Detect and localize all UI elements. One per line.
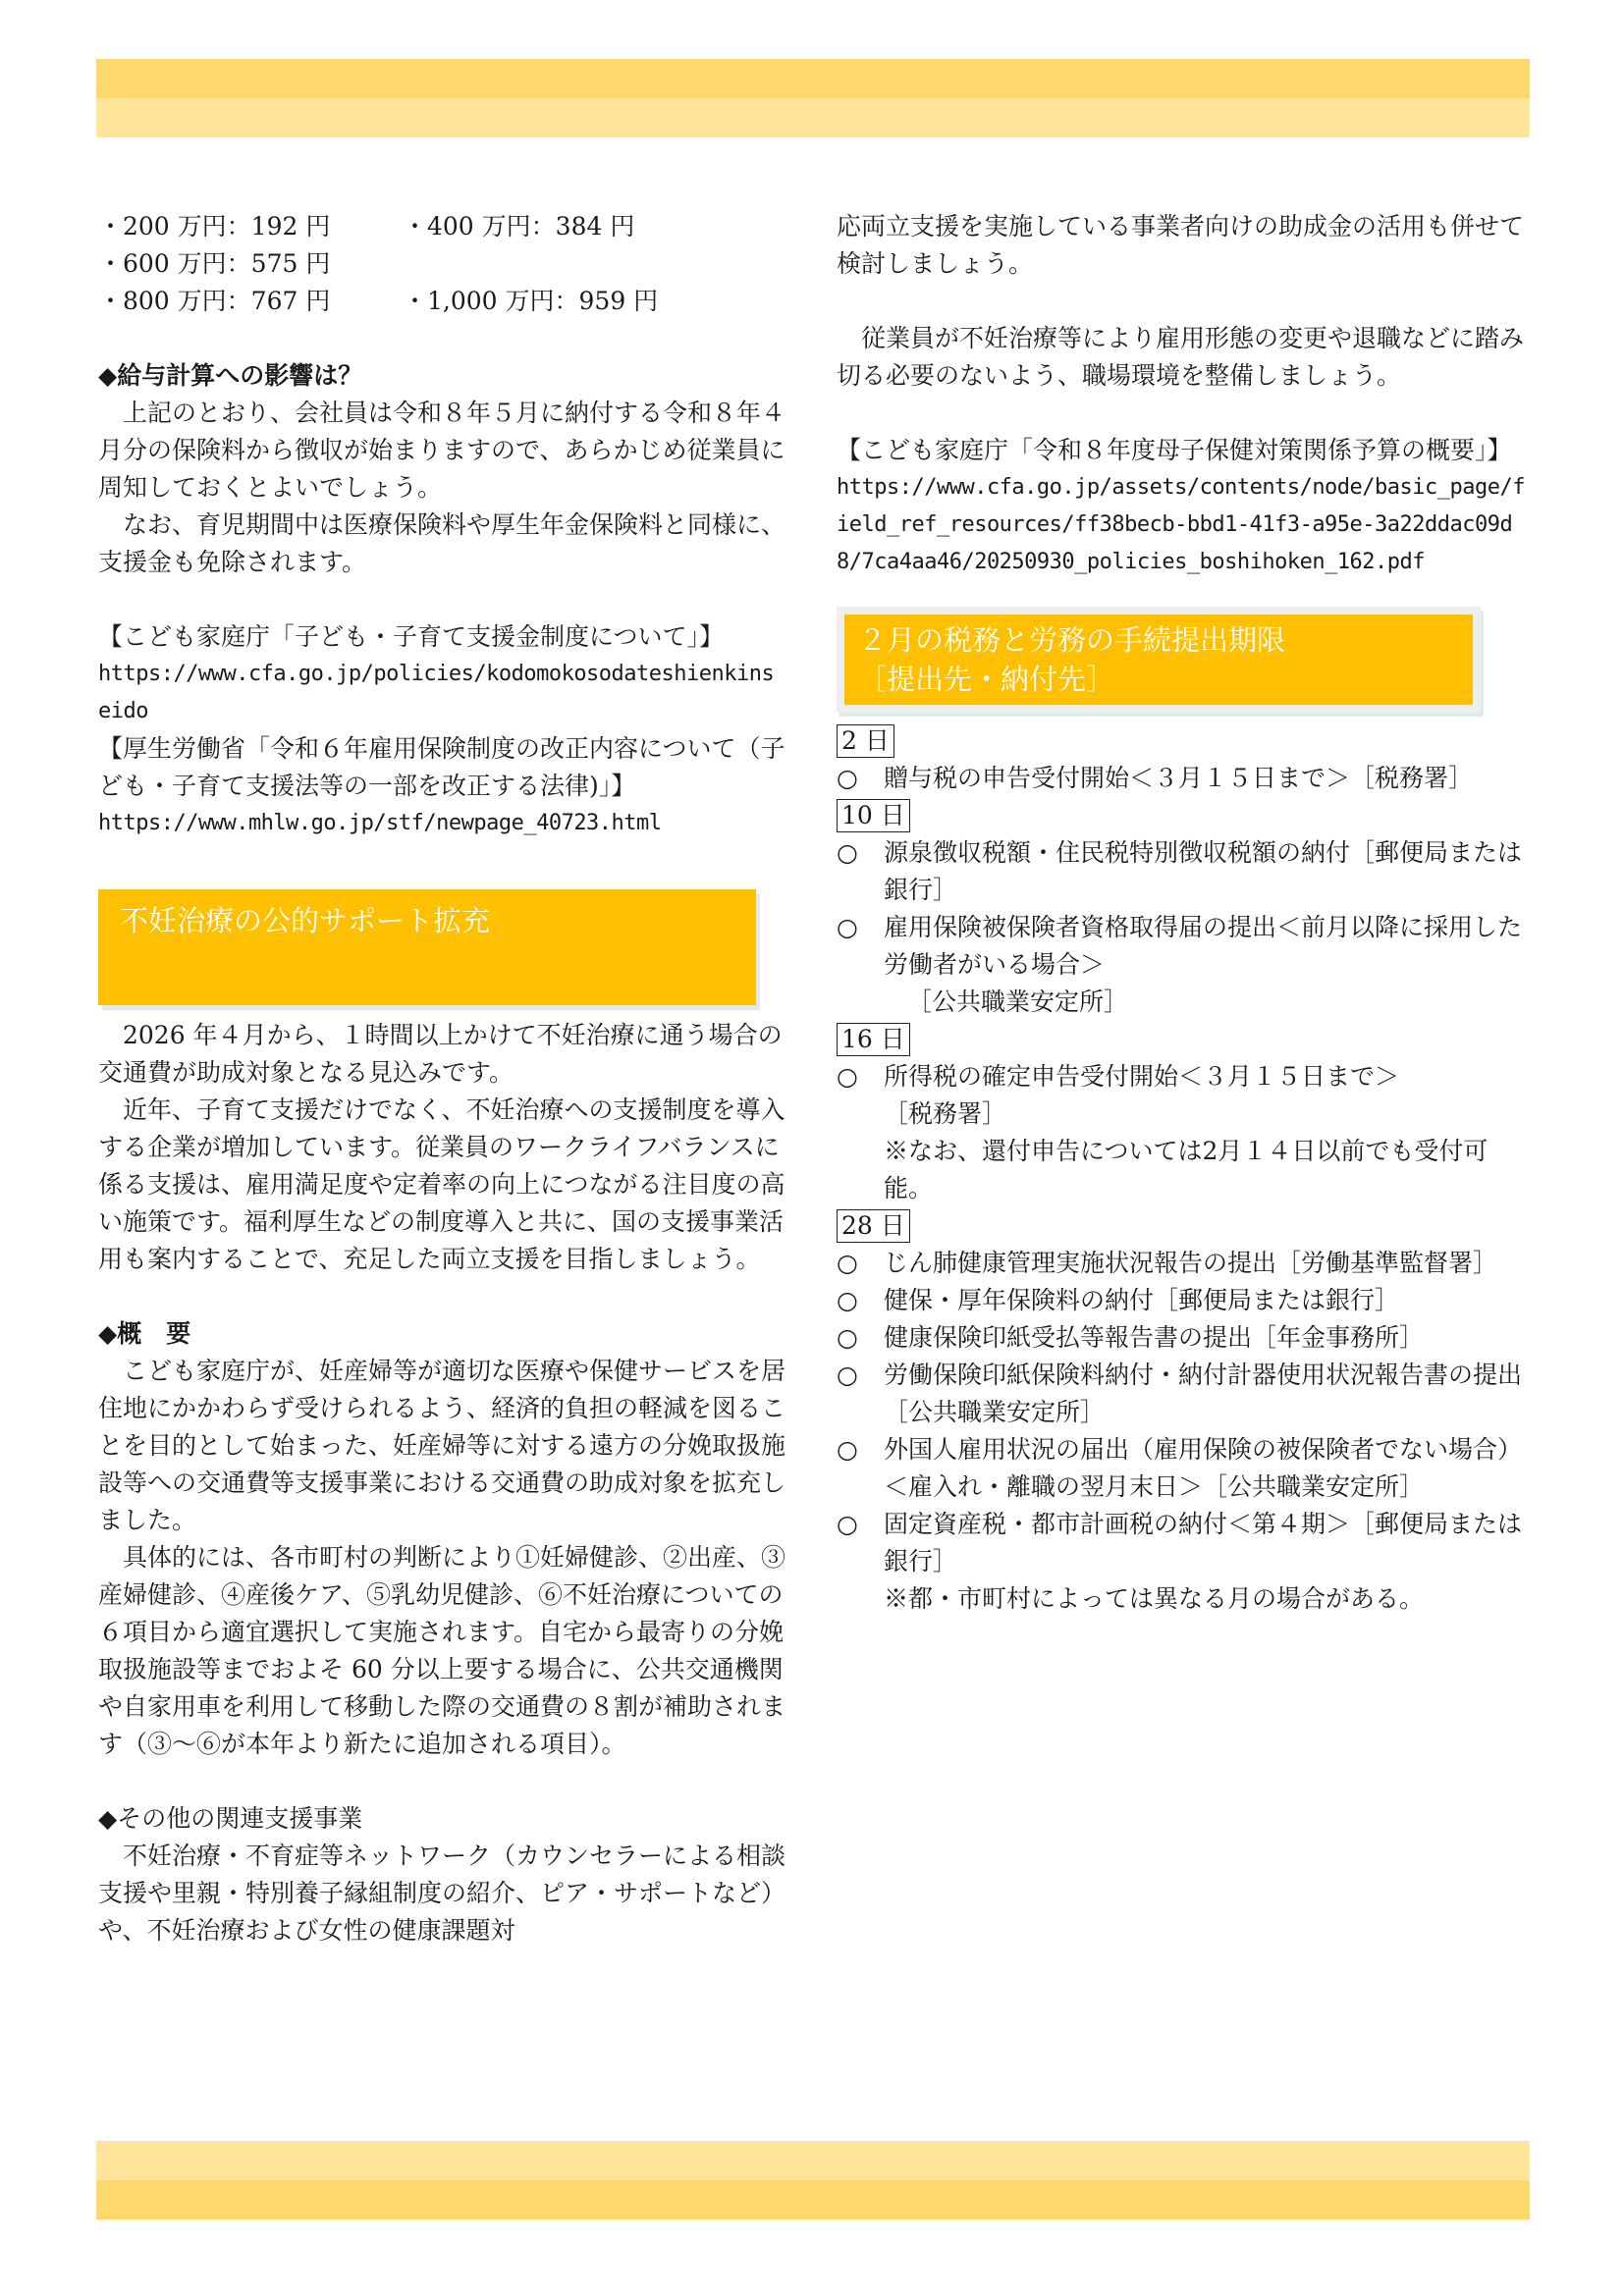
circle-bullet-icon: ○	[837, 1357, 884, 1431]
amount-item: ・600 万円：575 円	[98, 245, 403, 283]
circle-bullet-icon: ○	[837, 1431, 884, 1506]
footer-band-light	[96, 2141, 1530, 2180]
deadline-item: ○ 健康保険印紙受払等報告書の提出［年金事務所］	[837, 1319, 1529, 1357]
circle-bullet-icon: ○	[837, 834, 884, 909]
deadline-text: 所得税の確定申告受付開始＜３月１５日まで＞	[884, 1058, 1529, 1095]
deadline-item: ○ 源泉徴収税額・住民税特別徴収税額の納付［郵便局または銀行］	[837, 834, 1529, 909]
reference-title: 【こども家庭庁「子ども・子育て支援金制度について」】	[98, 618, 785, 656]
deadline-item: ○ 固定資産税・都市計画税の納付＜第４期＞［郵便局または銀行］	[837, 1506, 1529, 1580]
deadline-text: 健保・厚年保険料の納付［郵便局または銀行］	[884, 1282, 1529, 1319]
left-column: ・200 万円：192 円・400 万円：384 円 ・600 万円：575 円…	[98, 208, 785, 1949]
amount-item: ・1,000 万円：959 円	[403, 283, 707, 320]
deadline-text: 外国人雇用状況の届出（雇用保険の被保険者でない場合）＜雇入れ・離職の翌月末日＞［…	[884, 1431, 1529, 1506]
deadline-text: 労働保険印紙保険料納付・納付計器使用状況報告書の提出［公共職業安定所］	[884, 1357, 1529, 1431]
reference-url[interactable]: https://www.cfa.go.jp/policies/kodomokos…	[98, 656, 785, 730]
deadlines-section-title: ２月の税務と労務の手続提出期限 ［提出先・納付先］	[844, 614, 1473, 705]
title-line: ［提出先・納付先］	[858, 660, 1459, 699]
amount-row: ・600 万円：575 円	[98, 245, 785, 283]
payroll-heading: ◆給与計算への影響は？	[98, 357, 785, 395]
deadline-item: ○ 所得税の確定申告受付開始＜３月１５日まで＞	[837, 1058, 1529, 1095]
amount-item: ・800 万円：767 円	[98, 283, 403, 320]
overview-paragraph: 具体的には、各市町村の判断により①妊婦健診、②出産、③産婦健診、④産後ケア、⑤乳…	[98, 1539, 785, 1763]
circle-bullet-icon: ○	[837, 1319, 884, 1357]
other-support-heading: ◆その他の関連支援事業	[98, 1800, 785, 1838]
reference-url[interactable]: https://www.cfa.go.jp/assets/contents/no…	[837, 469, 1529, 581]
payroll-paragraph: 上記のとおり、会社員は令和８年５月に納付する令和８年４月分の保険料から徴収が始ま…	[98, 395, 785, 507]
deadline-text: 源泉徴収税額・住民税特別徴収税額の納付［郵便局または銀行］	[884, 834, 1529, 909]
deadline-text: 贈与税の申告受付開始＜３月１５日まで＞［税務署］	[884, 760, 1529, 797]
deadline-item: ○ 外国人雇用状況の届出（雇用保険の被保険者でない場合）＜雇入れ・離職の翌月末日…	[837, 1431, 1529, 1506]
circle-bullet-icon: ○	[837, 1506, 884, 1580]
payroll-paragraph: なお、育児期間中は医療保険料や厚生年金保険料と同様に、支援金も免除されます。	[98, 507, 785, 581]
header-band-dark	[96, 59, 1530, 98]
amount-item	[403, 245, 707, 283]
overview-paragraph: こども家庭庁が、妊産婦等が適切な医療や保健サービスを居住地にかかわらず受けられる…	[98, 1353, 785, 1539]
fertility-section-title: 不妊治療の公的サポート拡充	[98, 889, 756, 1005]
deadline-text: 固定資産税・都市計画税の納付＜第４期＞［郵便局または銀行］	[884, 1506, 1529, 1580]
continuation-paragraph: 応両立支援を実施している事業者向けの助成金の活用も併せて検討しましょう。	[837, 208, 1529, 283]
day-badge: 2 日	[837, 724, 894, 758]
circle-bullet-icon: ○	[837, 1282, 884, 1319]
circle-bullet-icon: ○	[837, 760, 884, 797]
deadline-note: ※都・市町村によっては異なる月の場合がある。	[837, 1580, 1529, 1618]
circle-bullet-icon: ○	[837, 1245, 884, 1282]
deadlines-title-frame: ２月の税務と労務の手続提出期限 ［提出先・納付先］	[837, 607, 1481, 713]
closing-paragraph: 従業員が不妊治療等により雇用形態の変更や退職などに踏み切る必要のないよう、職場環…	[837, 320, 1529, 395]
circle-bullet-icon: ○	[837, 909, 884, 984]
overview-heading: ◆概 要	[98, 1315, 785, 1353]
day-badge: 16 日	[837, 1023, 910, 1056]
header-band-light	[96, 98, 1530, 137]
reference-url[interactable]: https://www.mhlw.go.jp/stf/newpage_40723…	[98, 805, 785, 842]
title-line: ２月の税務と労務の手続提出期限	[858, 620, 1459, 660]
other-support-paragraph: 不妊治療・不育症等ネットワーク（カウンセラーによる相談支援や里親・特別養子縁組制…	[98, 1838, 785, 1949]
amount-row: ・200 万円：192 円・400 万円：384 円	[98, 208, 785, 245]
amount-item: ・200 万円：192 円	[98, 208, 403, 245]
deadline-note: ※なお、還付申告については2月１４日以前でも受付可能。	[837, 1133, 1529, 1207]
deadline-text: 健康保険印紙受払等報告書の提出［年金事務所］	[884, 1319, 1529, 1357]
deadline-destination: ［公共職業安定所］	[837, 984, 1529, 1021]
reference-title: 【こども家庭庁「令和８年度母子保健対策関係予算の概要」】	[837, 432, 1529, 469]
section-title-text: 不妊治療の公的サポート拡充	[120, 904, 490, 937]
deadline-item: ○ 贈与税の申告受付開始＜３月１５日まで＞［税務署］	[837, 760, 1529, 797]
day-badge: 10 日	[837, 799, 910, 832]
deadline-item: ○ じん肺健康管理実施状況報告の提出［労働基準監督署］	[837, 1245, 1529, 1282]
circle-bullet-icon: ○	[837, 1058, 884, 1095]
day-badge: 28 日	[837, 1209, 910, 1243]
deadline-item: ○ 雇用保険被保険者資格取得届の提出＜前月以降に採用した労働者がいる場合＞	[837, 909, 1529, 984]
deadline-destination: ［税務署］	[837, 1095, 1529, 1133]
right-column: 応両立支援を実施している事業者向けの助成金の活用も併せて検討しましょう。 従業員…	[837, 208, 1529, 1618]
amount-row: ・800 万円：767 円・1,000 万円：959 円	[98, 283, 785, 320]
fertility-intro: 近年、子育て支援だけでなく、不妊治療への支援制度を導入する企業が増加しています。…	[98, 1092, 785, 1278]
deadline-item: ○ 健保・厚年保険料の納付［郵便局または銀行］	[837, 1282, 1529, 1319]
fertility-intro: 2026 年４月から、１時間以上かけて不妊治療に通う場合の交通費が助成対象となる…	[98, 1017, 785, 1092]
deadline-text: 雇用保険被保険者資格取得届の提出＜前月以降に採用した労働者がいる場合＞	[884, 909, 1529, 984]
amount-item: ・400 万円：384 円	[403, 208, 707, 245]
footer-band-dark	[96, 2180, 1530, 2219]
deadline-text: じん肺健康管理実施状況報告の提出［労働基準監督署］	[884, 1245, 1529, 1282]
reference-title: 【厚生労働省「令和６年雇用保険制度の改正内容について（子ども・子育て支援法等の一…	[98, 730, 785, 805]
deadline-item: ○ 労働保険印紙保険料納付・納付計器使用状況報告書の提出［公共職業安定所］	[837, 1357, 1529, 1431]
amount-list: ・200 万円：192 円・400 万円：384 円 ・600 万円：575 円…	[98, 208, 785, 320]
